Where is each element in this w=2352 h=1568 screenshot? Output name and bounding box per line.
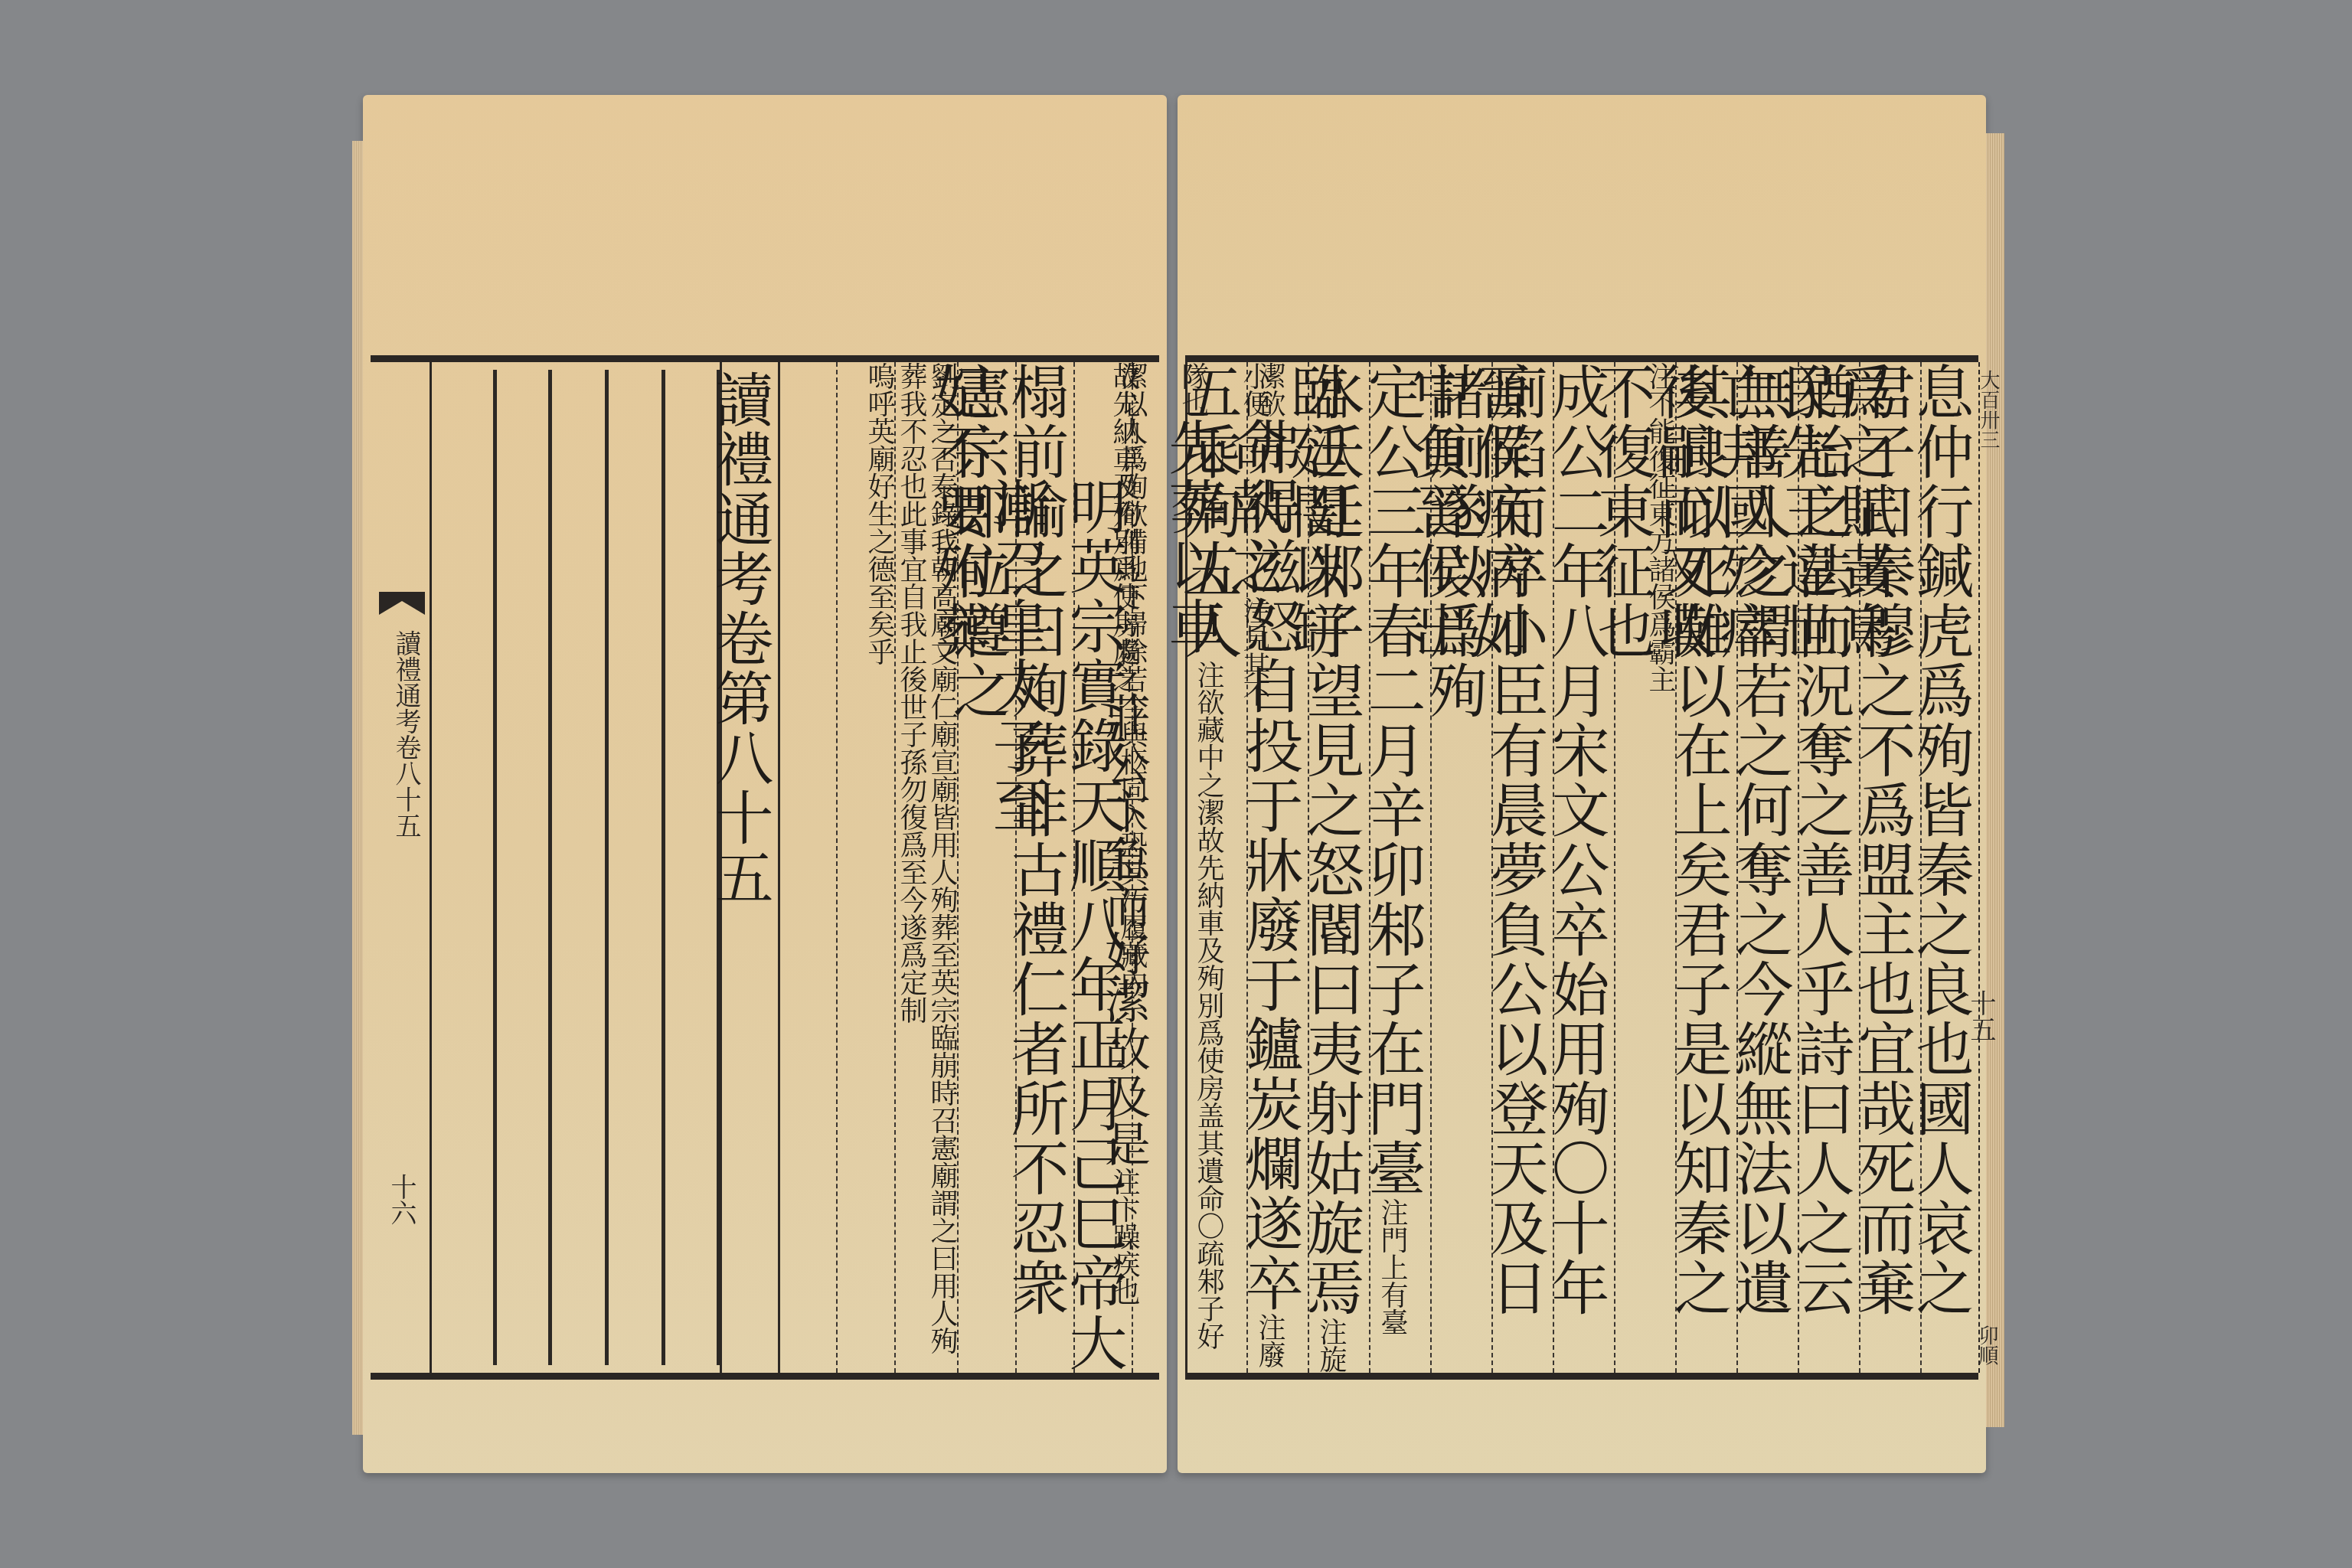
right-page: 五乘殉五人注欲藏中之潔故先納車及殉別爲使房盖其遺命〇疏邾子好潔以人爲殉欲備地下埽… bbox=[1178, 95, 1986, 1473]
fold-bottom-mark: 卯順 bbox=[1973, 1325, 2001, 1365]
column-rule bbox=[548, 370, 552, 1365]
left-page-text-frame: 讀禮通考卷八十五 十六 讀禮通考卷第八十五 嗚呼英廟好生之德至矣乎 劉定之否泰錄… bbox=[371, 355, 1159, 1380]
left-fold-margin: 讀禮通考卷八十五 十六 bbox=[371, 362, 432, 1373]
commentary-note: 嗚呼英廟好生之德至矣乎 bbox=[836, 362, 894, 1373]
fishtail-mark-icon bbox=[379, 592, 425, 615]
column-rule bbox=[605, 370, 609, 1365]
commentary-note: 注見其不 bbox=[1239, 596, 1270, 707]
blank-column bbox=[778, 362, 836, 1373]
page-number: 十五 bbox=[1962, 990, 2000, 1042]
right-fold-margin: 大百卅三 十五 卯順 bbox=[1978, 362, 2009, 1373]
open-book: 讀禮通考卷八十五 十六 讀禮通考卷第八十五 嗚呼英廟好生之德至矣乎 劉定之否泰錄… bbox=[363, 95, 1986, 1473]
left-page: 讀禮通考卷八十五 十六 讀禮通考卷第八十五 嗚呼英廟好生之德至矣乎 劉定之否泰錄… bbox=[363, 95, 1167, 1473]
fold-title: 讀禮通考卷八十五 bbox=[387, 630, 425, 838]
page-edges-left bbox=[352, 141, 363, 1435]
commentary-note: 注門上有臺 bbox=[1377, 1198, 1408, 1336]
fold-top-mark: 大百卅三 bbox=[1975, 370, 2003, 449]
page-number: 十六 bbox=[383, 1174, 420, 1226]
volume-end-title: 讀禮通考卷第八十五 bbox=[720, 362, 778, 1373]
text-column: 息仲行鍼虎爲殉皆秦之良也國人哀之爲之賦黃鳥 bbox=[1920, 362, 1978, 1373]
main-text: 臨廷闇以缾 bbox=[1282, 362, 1350, 661]
commentary-note: 注卞躁疾也 bbox=[1109, 1168, 1140, 1305]
right-page-text-frame: 五乘殉五人注欲藏中之潔故先納車及殉別爲使房盖其遺命〇疏邾子好潔以人爲殉欲備地下埽… bbox=[1185, 355, 1978, 1380]
column-rule bbox=[661, 370, 665, 1365]
column-rule bbox=[493, 370, 497, 1365]
